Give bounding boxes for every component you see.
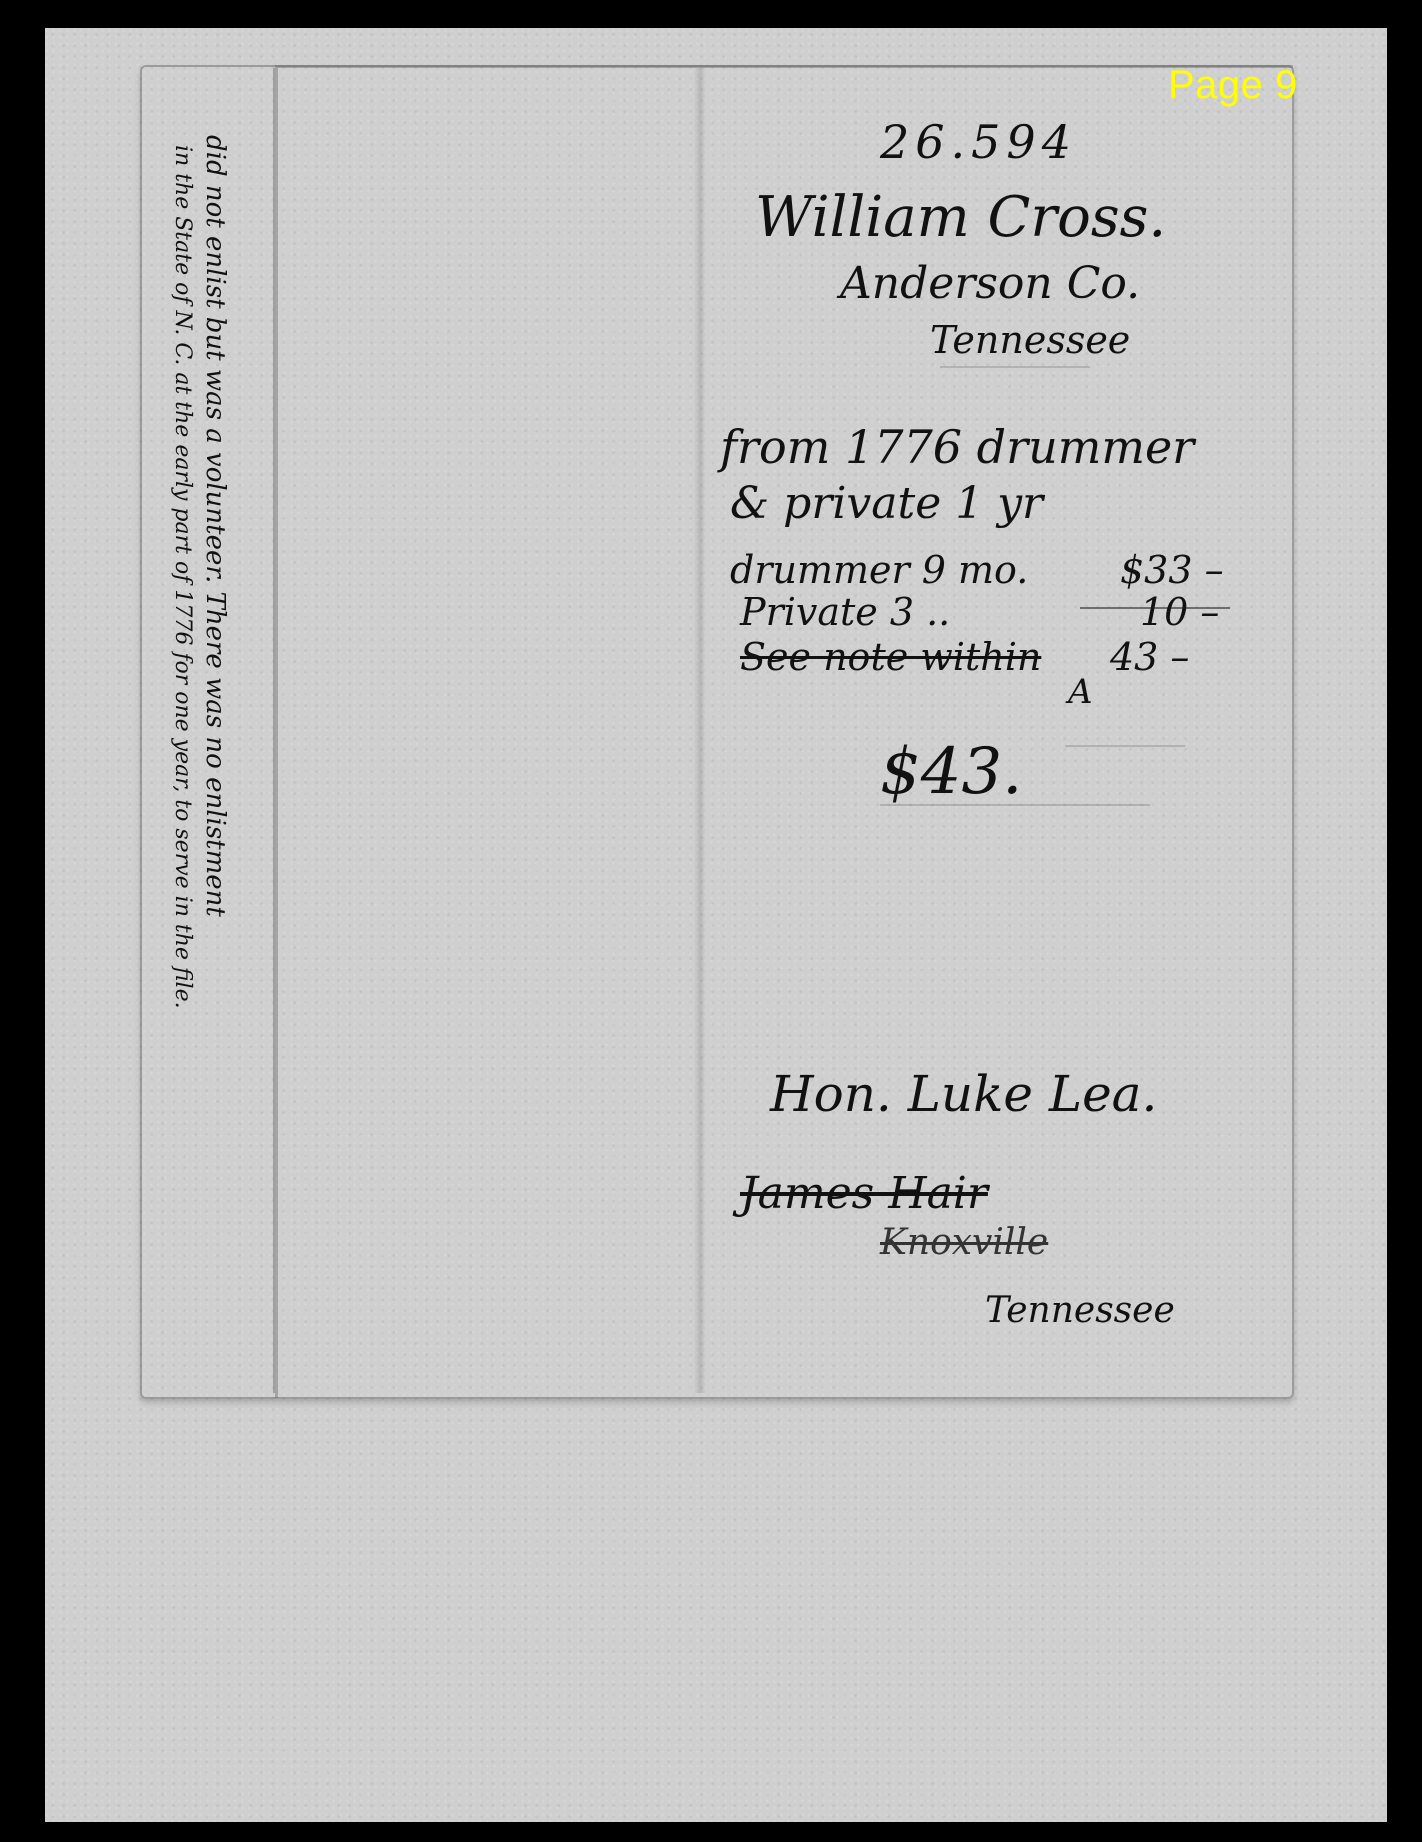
side-note-line-1: did not enlist but was a volunteer. Ther… — [200, 135, 230, 1355]
calc-row-label-struck: See note within — [740, 635, 1041, 679]
rule — [880, 804, 1150, 806]
address-struck-name: James Hair — [740, 1168, 988, 1219]
claimant-state: Tennessee — [930, 318, 1130, 362]
file-number: 26.594 — [880, 115, 1077, 169]
address-struck-city: Knoxville — [880, 1222, 1048, 1263]
calc-row-label: Private 3 .. — [740, 590, 950, 634]
sum-rule — [1080, 607, 1230, 609]
rule — [1065, 745, 1185, 747]
rule — [940, 366, 1090, 368]
addressee: Hon. Luke Lea. — [770, 1065, 1157, 1123]
calc-row-amount: $33 – — [1120, 548, 1224, 592]
center-fold — [694, 68, 706, 1393]
claimant-county: Anderson Co. — [840, 258, 1140, 309]
calc-row-label: drummer 9 mo. — [730, 548, 1028, 592]
service-line-2: & private 1 yr — [730, 478, 1043, 529]
page-label: Page 9 — [1168, 63, 1298, 108]
calc-row-amount: 43 – — [1110, 635, 1189, 679]
service-line-1: from 1776 drummer — [720, 420, 1194, 474]
side-note-line-2: in the State of N. C. at the early part … — [170, 145, 195, 1365]
claimant-name: William Cross. — [755, 185, 1166, 250]
total-amount: $43. — [880, 735, 1023, 809]
address-state: Tennessee — [985, 1290, 1175, 1331]
calc-mark: A — [1068, 672, 1093, 712]
calc-row-amount: 10 – — [1140, 590, 1219, 634]
